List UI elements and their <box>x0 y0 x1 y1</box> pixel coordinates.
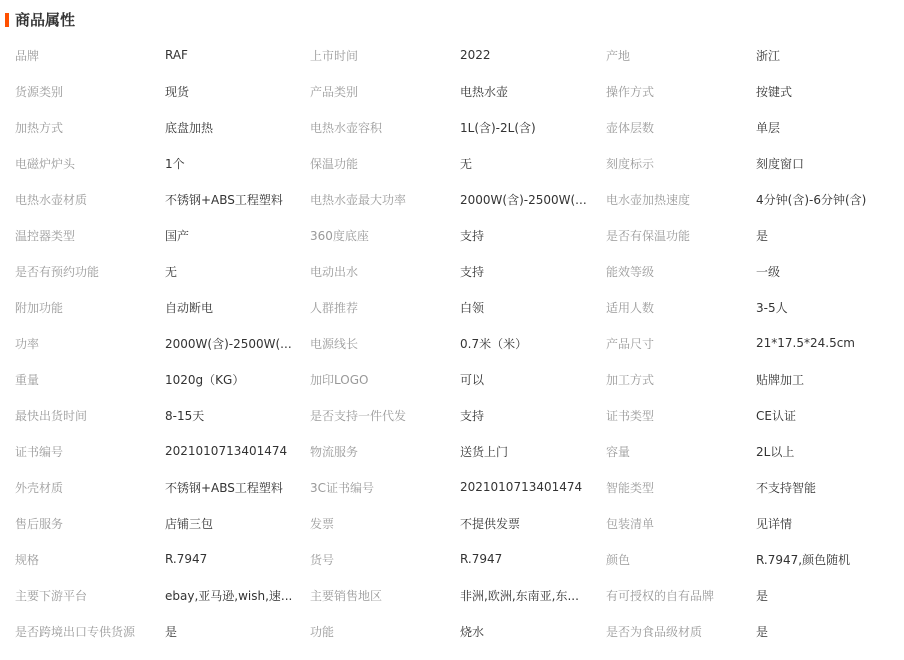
attribute-value: 2000W(含)-2500W(... <box>460 191 592 208</box>
attribute-label: 加印LOGO <box>310 371 460 388</box>
attribute-row: 电热水壶材质不锈钢+ABS工程塑料电热水壶最大功率2000W(含)-2500W(… <box>0 181 904 217</box>
attribute-row: 最快出货时间8-15天是否支持一件代发支持证书类型CE认证 <box>0 397 904 433</box>
attribute-cell: 是否为食品级材质是 <box>592 613 904 649</box>
attribute-cell: 智能类型不支持智能 <box>592 469 904 505</box>
attribute-cell: 电动出水支持 <box>296 253 592 289</box>
attribute-value: 非洲,欧洲,东南亚,东... <box>460 587 592 604</box>
attribute-value: 是 <box>756 227 904 244</box>
attribute-cell: 最快出货时间8-15天 <box>0 397 296 433</box>
attribute-value: 店铺三包 <box>165 515 296 532</box>
attribute-value: 支持 <box>460 227 592 244</box>
attribute-cell: 加工方式贴牌加工 <box>592 361 904 397</box>
attribute-cell: 附加功能自动断电 <box>0 289 296 325</box>
attribute-label: 加热方式 <box>15 119 165 136</box>
attribute-label: 附加功能 <box>15 299 165 316</box>
attribute-value: 自动断电 <box>165 299 296 316</box>
attribute-label: 电源线长 <box>310 335 460 352</box>
attribute-value: 是 <box>756 587 904 604</box>
attribute-cell: 售后服务店铺三包 <box>0 505 296 541</box>
attribute-row: 是否跨境出口专供货源是功能烧水是否为食品级材质是 <box>0 613 904 649</box>
attribute-value: 2021010713401474 <box>460 480 592 494</box>
attribute-cell: 加热方式底盘加热 <box>0 109 296 145</box>
attribute-label: 电热水壶容积 <box>310 119 460 136</box>
attribute-value: R.7947 <box>460 552 592 566</box>
attribute-label: 主要下游平台 <box>15 587 165 604</box>
section-title: 商品属性 <box>15 10 75 30</box>
attribute-cell: 电磁炉炉头1个 <box>0 145 296 181</box>
attribute-cell: 是否跨境出口专供货源是 <box>0 613 296 649</box>
attribute-value: 3-5人 <box>756 299 904 316</box>
attribute-value: 烧水 <box>460 623 592 640</box>
attribute-label: 外壳材质 <box>15 479 165 496</box>
attribute-cell: 3C证书编号2021010713401474 <box>296 469 592 505</box>
attribute-label: 货源类别 <box>15 83 165 100</box>
attribute-cell: 货号R.7947 <box>296 541 592 577</box>
attribute-value: 电热水壶 <box>460 83 592 100</box>
attribute-label: 温控器类型 <box>15 227 165 244</box>
attribute-row: 售后服务店铺三包发票不提供发票包装清单见详情 <box>0 505 904 541</box>
attribute-value: 0.7米（米） <box>460 335 592 352</box>
attribute-cell: 发票不提供发票 <box>296 505 592 541</box>
attribute-label: 证书编号 <box>15 443 165 460</box>
attribute-label: 产品类别 <box>310 83 460 100</box>
attribute-row: 品牌RAF上市时间2022产地浙江 <box>0 37 904 73</box>
attribute-value: CE认证 <box>756 407 904 424</box>
attribute-cell: 主要下游平台ebay,亚马逊,wish,速... <box>0 577 296 613</box>
attribute-cell: 是否有保温功能是 <box>592 217 904 253</box>
attribute-value: 按键式 <box>756 83 904 100</box>
attribute-row: 是否有预约功能无电动出水支持能效等级一级 <box>0 253 904 289</box>
attribute-value: 国产 <box>165 227 296 244</box>
attribute-cell: 电热水壶材质不锈钢+ABS工程塑料 <box>0 181 296 217</box>
attribute-row: 功率2000W(含)-2500W(...电源线长0.7米（米）产品尺寸21*17… <box>0 325 904 361</box>
attribute-value: 贴牌加工 <box>756 371 904 388</box>
attribute-row: 重量1020g（KG）加印LOGO可以加工方式贴牌加工 <box>0 361 904 397</box>
attribute-cell: 功率2000W(含)-2500W(... <box>0 325 296 361</box>
attribute-value: R.7947 <box>165 552 296 566</box>
attribute-cell: 物流服务送货上门 <box>296 433 592 469</box>
attribute-value: 不提供发票 <box>460 515 592 532</box>
attribute-cell: 主要销售地区非洲,欧洲,东南亚,东... <box>296 577 592 613</box>
attribute-value: 2021010713401474 <box>165 444 296 458</box>
attribute-label: 人群推荐 <box>310 299 460 316</box>
attribute-value: RAF <box>165 48 296 62</box>
attribute-label: 是否有预约功能 <box>15 263 165 280</box>
attribute-cell: 证书编号2021010713401474 <box>0 433 296 469</box>
attribute-cell: 规格R.7947 <box>0 541 296 577</box>
attribute-value: R.7947,颜色随机 <box>756 551 904 568</box>
attribute-value: 浙江 <box>756 47 904 64</box>
attribute-value: 4分钟(含)-6分钟(含) <box>756 191 904 208</box>
attribute-cell: 能效等级一级 <box>592 253 904 289</box>
attribute-label: 功能 <box>310 623 460 640</box>
attribute-value: 是 <box>756 623 904 640</box>
attribute-value: 可以 <box>460 371 592 388</box>
attribute-row: 附加功能自动断电人群推荐白领适用人数3-5人 <box>0 289 904 325</box>
attribute-label: 3C证书编号 <box>310 479 460 496</box>
attribute-label: 颜色 <box>606 551 756 568</box>
attribute-cell: 刻度标示刻度窗口 <box>592 145 904 181</box>
attribute-label: 适用人数 <box>606 299 756 316</box>
attribute-label: 有可授权的自有品牌 <box>606 587 756 604</box>
attribute-label: 产地 <box>606 47 756 64</box>
accent-bar-icon <box>5 13 9 27</box>
attribute-label: 重量 <box>15 371 165 388</box>
attribute-label: 刻度标示 <box>606 155 756 172</box>
attribute-value: 是 <box>165 623 296 640</box>
attribute-value: 不锈钢+ABS工程塑料 <box>165 191 296 208</box>
attribute-cell: 适用人数3-5人 <box>592 289 904 325</box>
attribute-label: 是否支持一件代发 <box>310 407 460 424</box>
attribute-cell: 电热水壶最大功率2000W(含)-2500W(... <box>296 181 592 217</box>
attribute-row: 电磁炉炉头1个保温功能无刻度标示刻度窗口 <box>0 145 904 181</box>
attribute-cell: 外壳材质不锈钢+ABS工程塑料 <box>0 469 296 505</box>
attribute-value: 支持 <box>460 407 592 424</box>
attribute-cell: 颜色R.7947,颜色随机 <box>592 541 904 577</box>
attribute-value: 1L(含)-2L(含) <box>460 119 592 136</box>
attribute-label: 上市时间 <box>310 47 460 64</box>
attribute-value: 2000W(含)-2500W(... <box>165 335 296 352</box>
attribute-label: 品牌 <box>15 47 165 64</box>
attribute-label: 电磁炉炉头 <box>15 155 165 172</box>
attribute-row: 规格R.7947货号R.7947颜色R.7947,颜色随机 <box>0 541 904 577</box>
attribute-label: 是否有保温功能 <box>606 227 756 244</box>
attribute-value: 无 <box>165 263 296 280</box>
attribute-cell: 电水壶加热速度4分钟(含)-6分钟(含) <box>592 181 904 217</box>
attribute-cell: 品牌RAF <box>0 37 296 73</box>
attribute-cell: 包装清单见详情 <box>592 505 904 541</box>
attribute-cell: 人群推荐白领 <box>296 289 592 325</box>
section-header: 商品属性 <box>5 10 75 30</box>
attribute-label: 包装清单 <box>606 515 756 532</box>
attribute-cell: 操作方式按键式 <box>592 73 904 109</box>
attribute-cell: 产地浙江 <box>592 37 904 73</box>
attribute-row: 外壳材质不锈钢+ABS工程塑料3C证书编号2021010713401474智能类… <box>0 469 904 505</box>
attribute-label: 产品尺寸 <box>606 335 756 352</box>
attribute-cell: 重量1020g（KG） <box>0 361 296 397</box>
attribute-label: 发票 <box>310 515 460 532</box>
attribute-value: 无 <box>460 155 592 172</box>
attribute-value: 2L以上 <box>756 443 904 460</box>
attribute-value: 刻度窗口 <box>756 155 904 172</box>
attribute-label: 规格 <box>15 551 165 568</box>
attribute-cell: 上市时间2022 <box>296 37 592 73</box>
attribute-cell: 产品类别电热水壶 <box>296 73 592 109</box>
attribute-value: 1个 <box>165 155 296 172</box>
attribute-value: 支持 <box>460 263 592 280</box>
attribute-row: 温控器类型国产360度底座支持是否有保温功能是 <box>0 217 904 253</box>
attribute-label: 能效等级 <box>606 263 756 280</box>
product-attributes-section: 商品属性 品牌RAF上市时间2022产地浙江货源类别现货产品类别电热水壶操作方式… <box>0 0 904 660</box>
attribute-value: 不支持智能 <box>756 479 904 496</box>
attribute-value: 8-15天 <box>165 407 296 424</box>
attribute-value: 21*17.5*24.5cm <box>756 336 904 350</box>
attribute-label: 加工方式 <box>606 371 756 388</box>
attribute-value: 一级 <box>756 263 904 280</box>
attribute-label: 电热水壶最大功率 <box>310 191 460 208</box>
attribute-label: 保温功能 <box>310 155 460 172</box>
attribute-label: 售后服务 <box>15 515 165 532</box>
attribute-cell: 壶体层数单层 <box>592 109 904 145</box>
attribute-label: 证书类型 <box>606 407 756 424</box>
attribute-value: 1020g（KG） <box>165 371 296 388</box>
attribute-value: 现货 <box>165 83 296 100</box>
attribute-label: 电热水壶材质 <box>15 191 165 208</box>
attribute-label: 电动出水 <box>310 263 460 280</box>
attribute-label: 电水壶加热速度 <box>606 191 756 208</box>
attribute-cell: 电源线长0.7米（米） <box>296 325 592 361</box>
attribute-value: 送货上门 <box>460 443 592 460</box>
attribute-cell: 容量2L以上 <box>592 433 904 469</box>
attribute-cell: 货源类别现货 <box>0 73 296 109</box>
attribute-cell: 证书类型CE认证 <box>592 397 904 433</box>
attribute-label: 货号 <box>310 551 460 568</box>
attribute-cell: 保温功能无 <box>296 145 592 181</box>
attribute-value: 不锈钢+ABS工程塑料 <box>165 479 296 496</box>
attribute-cell: 功能烧水 <box>296 613 592 649</box>
attribute-label: 最快出货时间 <box>15 407 165 424</box>
attribute-row: 货源类别现货产品类别电热水壶操作方式按键式 <box>0 73 904 109</box>
attribute-table: 品牌RAF上市时间2022产地浙江货源类别现货产品类别电热水壶操作方式按键式加热… <box>0 37 904 649</box>
attribute-label: 壶体层数 <box>606 119 756 136</box>
attribute-cell: 是否支持一件代发支持 <box>296 397 592 433</box>
attribute-label: 智能类型 <box>606 479 756 496</box>
attribute-label: 是否为食品级材质 <box>606 623 756 640</box>
attribute-row: 证书编号2021010713401474物流服务送货上门容量2L以上 <box>0 433 904 469</box>
attribute-label: 是否跨境出口专供货源 <box>15 623 165 640</box>
attribute-label: 功率 <box>15 335 165 352</box>
attribute-value: 白领 <box>460 299 592 316</box>
attribute-label: 操作方式 <box>606 83 756 100</box>
attribute-row: 主要下游平台ebay,亚马逊,wish,速...主要销售地区非洲,欧洲,东南亚,… <box>0 577 904 613</box>
attribute-value: 底盘加热 <box>165 119 296 136</box>
attribute-value: 2022 <box>460 48 592 62</box>
attribute-label: 容量 <box>606 443 756 460</box>
attribute-row: 加热方式底盘加热电热水壶容积1L(含)-2L(含)壶体层数单层 <box>0 109 904 145</box>
attribute-cell: 电热水壶容积1L(含)-2L(含) <box>296 109 592 145</box>
attribute-cell: 加印LOGO可以 <box>296 361 592 397</box>
attribute-value: 见详情 <box>756 515 904 532</box>
attribute-cell: 是否有预约功能无 <box>0 253 296 289</box>
attribute-cell: 有可授权的自有品牌是 <box>592 577 904 613</box>
attribute-cell: 产品尺寸21*17.5*24.5cm <box>592 325 904 361</box>
attribute-label: 物流服务 <box>310 443 460 460</box>
attribute-value: 单层 <box>756 119 904 136</box>
attribute-cell: 温控器类型国产 <box>0 217 296 253</box>
attribute-value: ebay,亚马逊,wish,速... <box>165 587 296 604</box>
attribute-label: 主要销售地区 <box>310 587 460 604</box>
attribute-label: 360度底座 <box>310 227 460 244</box>
attribute-cell: 360度底座支持 <box>296 217 592 253</box>
